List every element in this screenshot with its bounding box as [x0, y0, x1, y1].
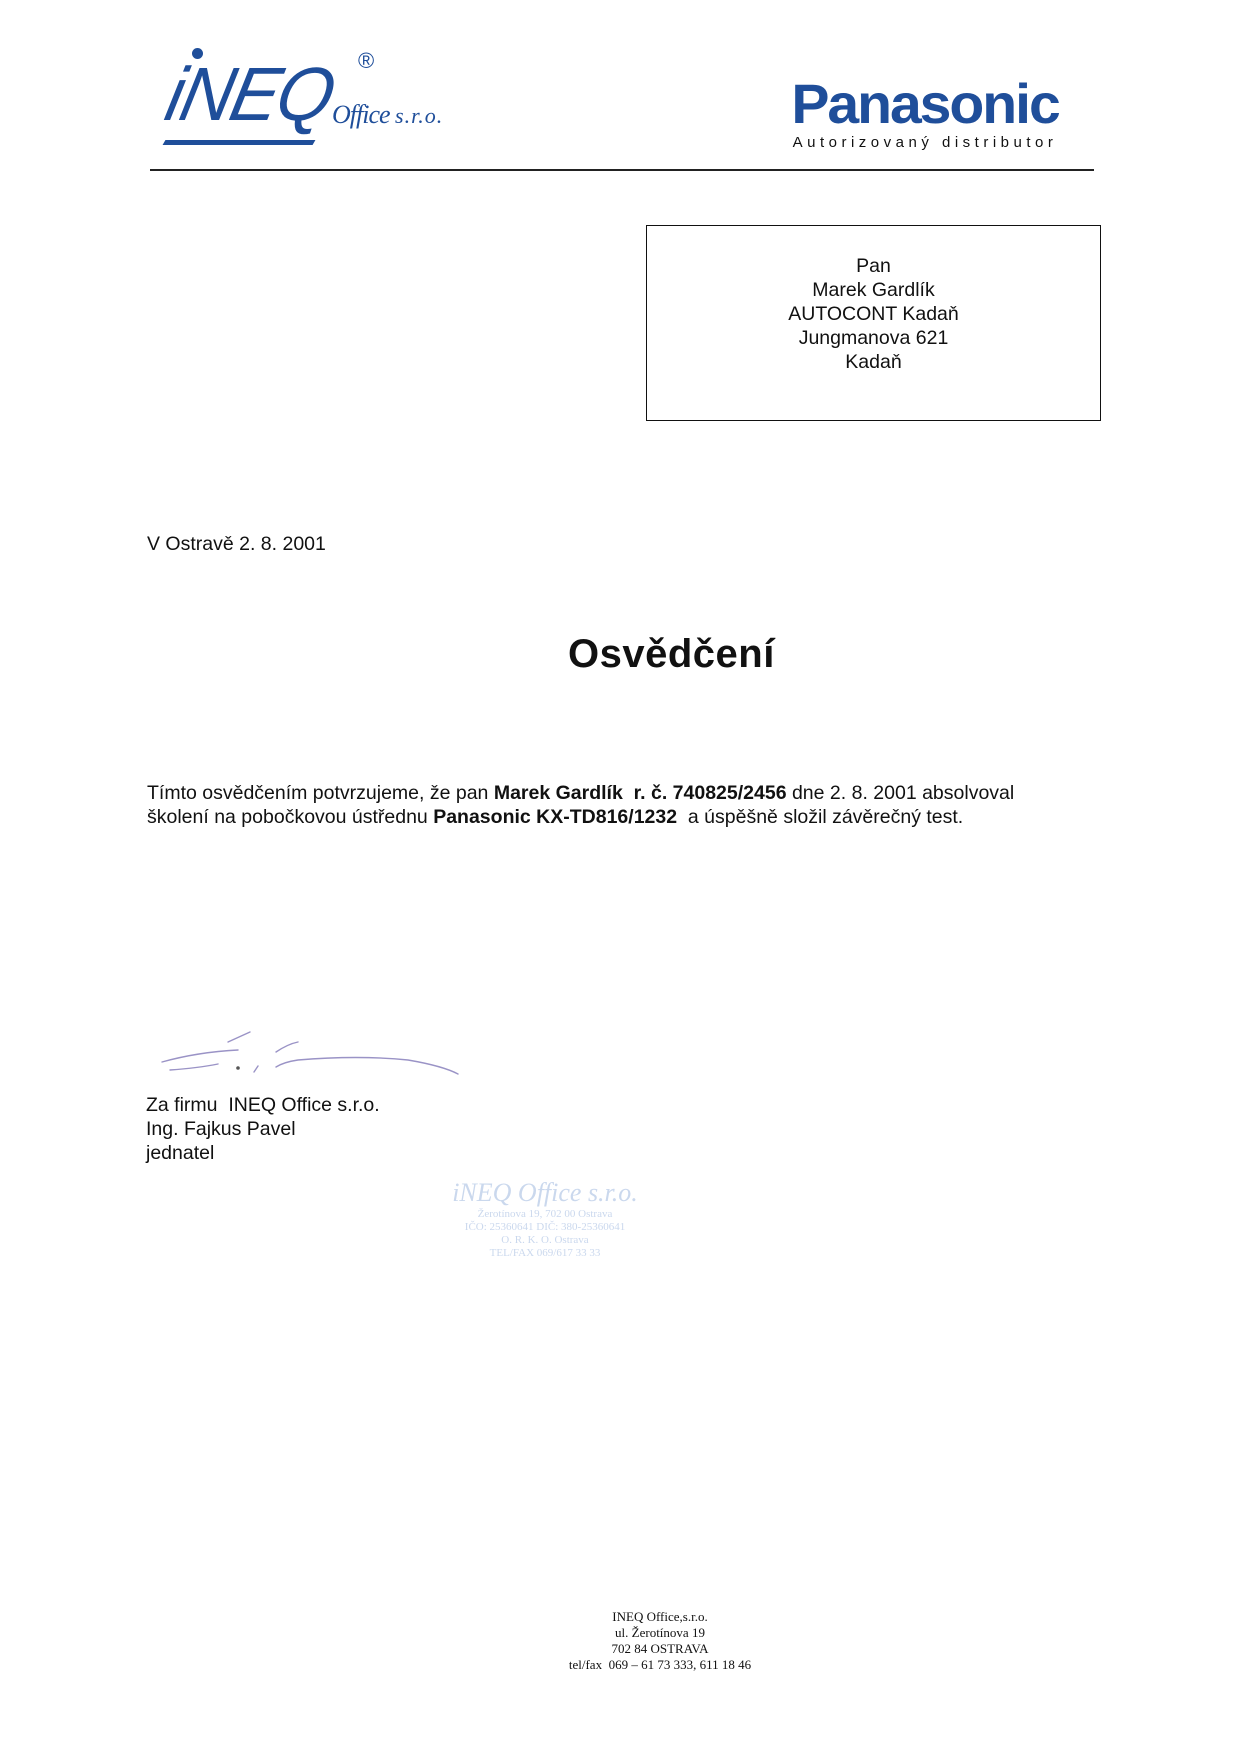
recipient-city: Kadaň [647, 350, 1100, 374]
logo-ineq-text: iNEQ [159, 52, 341, 138]
recipient-address-box: Pan Marek Gardlík AUTOCONT Kadaň Jungman… [646, 225, 1101, 421]
panasonic-subtitle: Autorizovaný distributor [770, 134, 1080, 151]
place-date: V Ostravě 2. 8. 2001 [147, 533, 326, 556]
footer-city: 702 84 OSTRAVA [530, 1641, 790, 1657]
body-text-4: a úspěšně složil závěrečný test. [677, 806, 963, 828]
certificate-body: Tímto osvědčením potvrzujeme, že pan Mar… [147, 781, 1107, 829]
recipient-salutation: Pan [647, 254, 1100, 278]
recipient-street: Jungmanova 621 [647, 326, 1100, 350]
stamp-line: IČO: 25360641 DIČ: 380-25360641 [410, 1221, 680, 1234]
logo-office-text: Office s.r.o. [332, 100, 443, 130]
ineq-office-logo: iNEQ ® Office s.r.o. [160, 40, 490, 140]
footer-address: INEQ Office,s.r.o. ul. Žerotínova 19 702… [530, 1609, 790, 1673]
stamp-line: TEL/FAX 069/617 33 33 [410, 1247, 680, 1260]
panasonic-brand: Panasonic [767, 76, 1083, 132]
footer-company: INEQ Office,s.r.o. [530, 1609, 790, 1625]
recipient-company: AUTOCONT Kadaň [647, 302, 1100, 326]
company-stamp: iNEQ Office s.r.o. Žerotínova 19, 702 00… [410, 1178, 680, 1278]
body-text-1: Tímto osvědčením potvrzujeme, že pan [147, 782, 494, 804]
stamp-line: O. R. K. O. Ostrava [410, 1234, 680, 1247]
panasonic-logo: Panasonic Autorizovaný distributor [770, 76, 1080, 156]
footer-street: ul. Žerotínova 19 [530, 1625, 790, 1641]
body-product: Panasonic KX-TD816/1232 [433, 806, 677, 828]
header-divider [150, 169, 1094, 171]
signatory-name: Ing. Fajkus Pavel [146, 1117, 380, 1141]
logo-underline [163, 140, 316, 145]
handwritten-signature [158, 1022, 468, 1082]
body-text-3: školení na pobočkovou ústřednu [147, 806, 433, 828]
stamp-line: Žerotínova 19, 702 00 Ostrava [410, 1208, 680, 1221]
logo-office-word: Office [332, 100, 390, 129]
body-person: Marek Gardlík r. č. 740825/2456 [494, 782, 787, 804]
registered-mark-icon: ® [358, 48, 374, 74]
recipient-name: Marek Gardlík [647, 278, 1100, 302]
signatory-role: jednatel [146, 1141, 380, 1165]
footer-phone: tel/fax 069 – 61 73 333, 611 18 46 [530, 1657, 790, 1673]
logo-sro: s.r.o. [395, 103, 443, 128]
document-title: Osvědčení [568, 632, 775, 677]
body-text-2: dne 2. 8. 2001 absolvoval [787, 782, 1015, 804]
stamp-head: iNEQ Office s.r.o. [410, 1178, 680, 1208]
signature-block: Za firmu INEQ Office s.r.o. Ing. Fajkus … [146, 1093, 380, 1165]
signatory-company: Za firmu INEQ Office s.r.o. [146, 1093, 380, 1117]
